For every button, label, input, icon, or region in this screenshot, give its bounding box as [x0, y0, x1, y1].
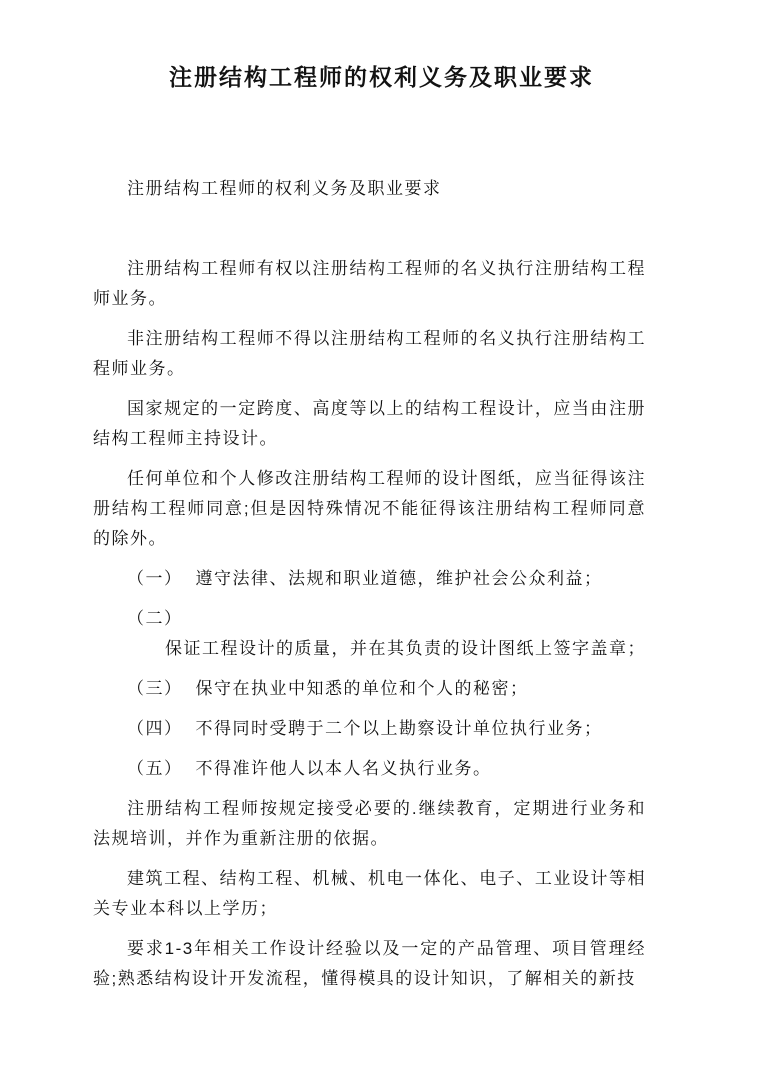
closing-paragraph: 建筑工程、结构工程、机械、机电一体化、电子、工业设计等相关专业本科以上学历；	[93, 864, 646, 924]
list-item-continuation: 保证工程设计的质量，并在其负责的设计图纸上签字盖章；	[93, 634, 646, 664]
intro-paragraph: 注册结构工程师有权以注册结构工程师的名义执行注册结构工程师业务。	[93, 254, 646, 314]
list-item-number: （一）	[127, 569, 183, 588]
list-item-text: 保守在执业中知悉的单位和个人的秘密；	[196, 679, 529, 698]
obligation-list: （一）遵守法律、法规和职业道德，维护社会公众利益； （二） 保证工程设计的质量，…	[93, 564, 646, 784]
list-item: （四）不得同时受聘于二个以上勘察设计单位执行业务；	[93, 714, 646, 744]
intro-paragraph: 任何单位和个人修改注册结构工程师的设计图纸，应当征得该注册结构工程师同意;但是因…	[93, 464, 646, 554]
intro-paragraph: 非注册结构工程师不得以注册结构工程师的名义执行注册结构工程师业务。	[93, 324, 646, 384]
intro-paragraph: 国家规定的一定跨度、高度等以上的结构工程设计，应当由注册结构工程师主持设计。	[93, 394, 646, 454]
document-title: 注册结构工程师的权利义务及职业要求	[0, 0, 763, 94]
list-item-text: 保证工程设计的质量，并在其负责的设计图纸上签字盖章；	[165, 639, 646, 658]
document-body: 注册结构工程师的权利义务及职业要求 注册结构工程师有权以注册结构工程师的名义执行…	[93, 174, 646, 994]
list-item: （一）遵守法律、法规和职业道德，维护社会公众利益；	[93, 564, 646, 594]
list-item-number: （二）	[127, 609, 183, 628]
list-item-number: （四）	[127, 719, 183, 738]
list-item: （二）	[93, 604, 646, 634]
list-item-number: （五）	[127, 759, 183, 778]
closing-paragraph: 要求1-3年相关工作设计经验以及一定的产品管理、项目管理经验;熟悉结构设计开发流…	[93, 934, 646, 994]
list-item-number: （三）	[127, 679, 183, 698]
list-item-text: 遵守法律、法规和职业道德，维护社会公众利益；	[196, 569, 603, 588]
list-item-text: 不得同时受聘于二个以上勘察设计单位执行业务；	[196, 719, 603, 738]
list-item: （三）保守在执业中知悉的单位和个人的秘密；	[93, 674, 646, 704]
closing-paragraph: 注册结构工程师按规定接受必要的.继续教育，定期进行业务和法规培训，并作为重新注册…	[93, 794, 646, 854]
document-page: 注册结构工程师的权利义务及职业要求 注册结构工程师的权利义务及职业要求 注册结构…	[0, 0, 763, 1080]
list-item: （五）不得准许他人以本人名义执行业务。	[93, 754, 646, 784]
list-item-text: 不得准许他人以本人名义执行业务。	[196, 759, 492, 778]
document-subtitle: 注册结构工程师的权利义务及职业要求	[93, 174, 646, 204]
